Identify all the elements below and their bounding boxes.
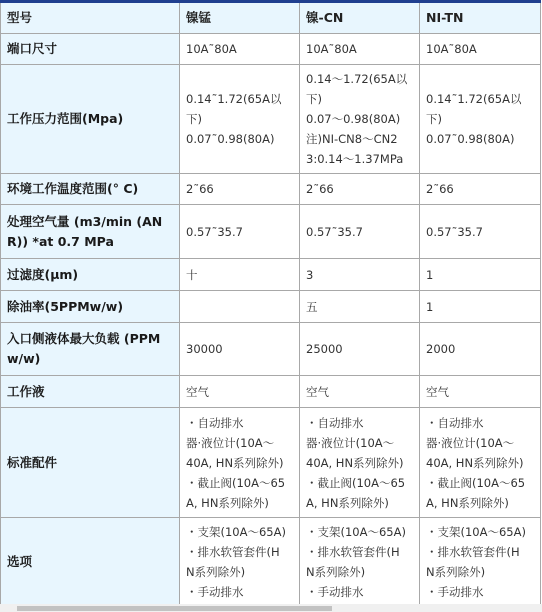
table-row-max-inlet-liquid-load: 入口侧液体最大负载 (PPM w/w) 30000 25000 2000: [1, 323, 541, 376]
table-row-filtration: 过滤度(μm) 十 3 1: [1, 259, 541, 291]
cell-value: 0.14～1.72(65A以 下) 0.07～0.98(80A) 注)NI-CN…: [300, 65, 420, 174]
table-row-standard-accessories: 标准配件 ・自动排水 器·液位计(10A～ 40A, HN系列除外) ・截止阀(…: [1, 408, 541, 518]
cell-value: 1: [420, 291, 541, 323]
row-label: 除油率(5PPMw/w): [1, 291, 180, 323]
cell-value: 0.14˜1.72(65A以 下) 0.07˜0.98(80A): [420, 65, 541, 174]
header-model-label: 型号: [1, 2, 180, 34]
cell-value: ・支架(10A～65A) ・排水软管套件(H N系列除外) ・手动排水: [300, 518, 420, 607]
cell-value: ・支架(10A～65A) ・排水软管套件(H N系列除外) ・手动排水: [180, 518, 300, 607]
cell-value: 10A˜80A: [420, 34, 541, 65]
row-label: 入口侧液体最大负载 (PPM w/w): [1, 323, 180, 376]
cell-value: 2˜66: [420, 174, 541, 205]
horizontal-scrollbar-thumb[interactable]: [17, 606, 332, 611]
cell-value: 空气: [300, 376, 420, 408]
cell-value: 0.57˜35.7: [300, 205, 420, 259]
table-row-ambient-temperature: 环境工作温度范围(° C) 2˜66 2˜66 2˜66: [1, 174, 541, 205]
cell-value: 2˜66: [180, 174, 300, 205]
table-row-oil-removal: 除油率(5PPMw/w) 五 1: [1, 291, 541, 323]
cell-value: ・支架(10A～65A) ・排水软管套件(H N系列除外) ・手动排水: [420, 518, 541, 607]
cell-value: 2˜66: [300, 174, 420, 205]
row-label: 过滤度(μm): [1, 259, 180, 291]
table-row-port-size: 端口尺寸 10A˜80A 10A˜80A 10A˜80A: [1, 34, 541, 65]
header-column-ni-cn: 镍-CN: [300, 2, 420, 34]
cell-value: 空气: [420, 376, 541, 408]
header-row: 型号 镍锰 镍-CN NI-TN: [1, 2, 541, 34]
cell-value: 0.14˜1.72(65A以 下) 0.07˜0.98(80A): [180, 65, 300, 174]
cell-value: 1: [420, 259, 541, 291]
table-row-options: 选项 ・支架(10A～65A) ・排水软管套件(H N系列除外) ・手动排水 ・…: [1, 518, 541, 607]
row-label: 环境工作温度范围(° C): [1, 174, 180, 205]
table-row-air-flow: 处理空气量 (m3/min (ANR)) *at 0.7 MPa 0.57˜35…: [1, 205, 541, 259]
cell-value: ・自动排水 器·液位计(10A～ 40A, HN系列除外) ・截止阀(10A～6…: [420, 408, 541, 518]
cell-value: 0.57˜35.7: [180, 205, 300, 259]
cell-value: ・自动排水 器·液位计(10A～ 40A, HN系列除外) ・截止阀(10A～6…: [180, 408, 300, 518]
cell-value: 2000: [420, 323, 541, 376]
row-label: 工作压力范围(Mpa): [1, 65, 180, 174]
cell-value: 25000: [300, 323, 420, 376]
cell-value: [180, 291, 300, 323]
cell-value: 3: [300, 259, 420, 291]
cell-value: 10A˜80A: [180, 34, 300, 65]
cell-value: 五: [300, 291, 420, 323]
header-column-ni-mn: 镍锰: [180, 2, 300, 34]
table-row-working-fluid: 工作液 空气 空气 空气: [1, 376, 541, 408]
row-label: 端口尺寸: [1, 34, 180, 65]
header-column-ni-tn: NI-TN: [420, 2, 541, 34]
row-label: 选项: [1, 518, 180, 607]
cell-value: 30000: [180, 323, 300, 376]
cell-value: 10A˜80A: [300, 34, 420, 65]
row-label: 工作液: [1, 376, 180, 408]
row-label: 标准配件: [1, 408, 180, 518]
row-label: 处理空气量 (m3/min (ANR)) *at 0.7 MPa: [1, 205, 180, 259]
cell-value: 空气: [180, 376, 300, 408]
cell-value: 0.57˜35.7: [420, 205, 541, 259]
table-row-working-pressure: 工作压力范围(Mpa) 0.14˜1.72(65A以 下) 0.07˜0.98(…: [1, 65, 541, 174]
spec-table: 型号 镍锰 镍-CN NI-TN 端口尺寸 10A˜80A 10A˜80A 10…: [0, 0, 541, 607]
cell-value: ・自动排水 器·液位计(10A～ 40A, HN系列除外) ・截止阀(10A～6…: [300, 408, 420, 518]
cell-value: 十: [180, 259, 300, 291]
